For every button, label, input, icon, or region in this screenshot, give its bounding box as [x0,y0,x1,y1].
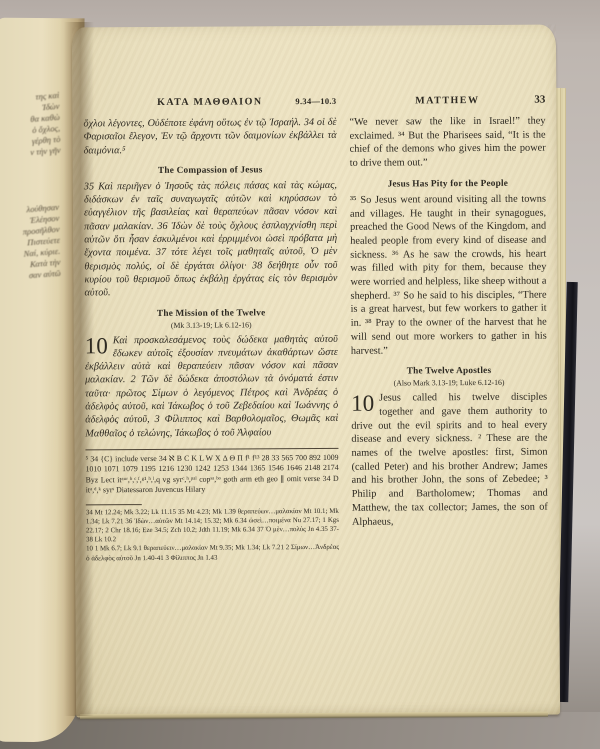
greek-column: ὄχλοι λέγοντες, Οὐδέποτε ἐφάνη οὕτως ἐν … [83,116,339,563]
english-verse-33-34: “We never saw the like in Israel!” they … [349,115,545,171]
running-headers: ΚΑΤΑ ΜΑΘΘΑΙΟΝ 9.34—10.3 MATTHEW 33 [83,95,545,109]
gutter-shadow [64,22,94,716]
cross-reference-block: 10 1 Mk 6.7; Lk 9.1 θεραπεύειν…μαλακίαν … [86,543,339,563]
page-content: ΚΑΤΑ ΜΑΘΘΑΙΟΝ 9.34—10.3 MATTHEW 33 ὄχλοι… [83,95,548,564]
greek-chapter-10-text: 10Καὶ προσκαλεσάμενος τοὺς δώδεκα μαθητὰ… [85,332,339,440]
greek-running-header: ΚΑΤΑ ΜΑΘΘΑΙΟΝ 9.34—10.3 [83,96,336,109]
cross-reference-block: 34 Mt 12.24; Mk 3.22; Lk 11.15 35 Mt 4.2… [86,506,339,544]
english-section-heading-apostles: The Twelve Apostles [351,366,547,377]
english-running-header: MATTHEW 33 [349,95,545,107]
apparatus-divider-rule [85,448,338,451]
right-page: ΚΑΤΑ ΜΑΘΘΑΙΟΝ 9.34—10.3 MATTHEW 33 ὄχλοι… [72,25,560,718]
greek-verse-33-34: ὄχλοι λέγοντες, Οὐδέποτε ἐφάνη οὕτως ἐν … [83,116,336,157]
greek-section-heading-mission: The Mission of the Twelve [85,307,338,319]
greek-verse-10-1-3: Καὶ προσκαλεσάμενος τοὺς δώδεκα μαθητὰς … [85,333,338,439]
english-verse-35-38: ³⁵ So Jesus went around visiting all the… [350,192,547,358]
english-column: “We never saw the like in Israel!” they … [349,115,548,562]
cross-reference-divider-rule [86,504,142,505]
page-number: 33 [534,94,545,106]
greek-section-parallels: (Mk 3.13-19; Lk 6.12-16) [85,319,338,330]
english-chapter-number: 10 [351,393,374,414]
greek-header-reference: 9.34—10.3 [295,96,336,106]
english-chapter-10-text: 10Jesus called his twelve disciples toge… [351,391,548,529]
english-section-parallels: (Also Mark 3.13-19; Luke 6.12-16) [351,378,547,388]
greek-section-heading-compassion: The Compassion of Jesus [84,165,337,177]
greek-verse-35-38: 35 Καὶ περιῆγεν ὁ Ἰησοῦς τὰς πόλεις πάσα… [84,179,338,300]
facing-page-text-fragments: λούθησαν Ἐλέησον προσῆλθον Πιστεύετε Ναί… [0,201,65,283]
cross-references: 34 Mt 12.24; Mk 3.22; Lk 11.15 35 Mt 4.2… [86,506,339,563]
english-verse-10-1-3: Jesus called his twelve disciples togeth… [351,392,548,528]
textual-apparatus: ⁵ 34 {C} include verse 34 ℵ B C K L W X … [86,453,339,496]
text-columns: ὄχλοι λέγοντες, Οὐδέποτε ἐφάνη οὕτως ἐν … [83,115,548,564]
english-section-heading-pity: Jesus Has Pity for the People [350,178,546,189]
book-photo: της καὶ Ἰδὼν θα καθὼ ὁ ὄχλος, γέρθη τὸ ν… [0,0,600,749]
facing-page-text-fragments: της καὶ Ἰδὼν θα καθὼ ὁ ὄχλος, γέρθη τὸ ν… [0,89,65,160]
english-header-title: MATTHEW [349,95,545,107]
